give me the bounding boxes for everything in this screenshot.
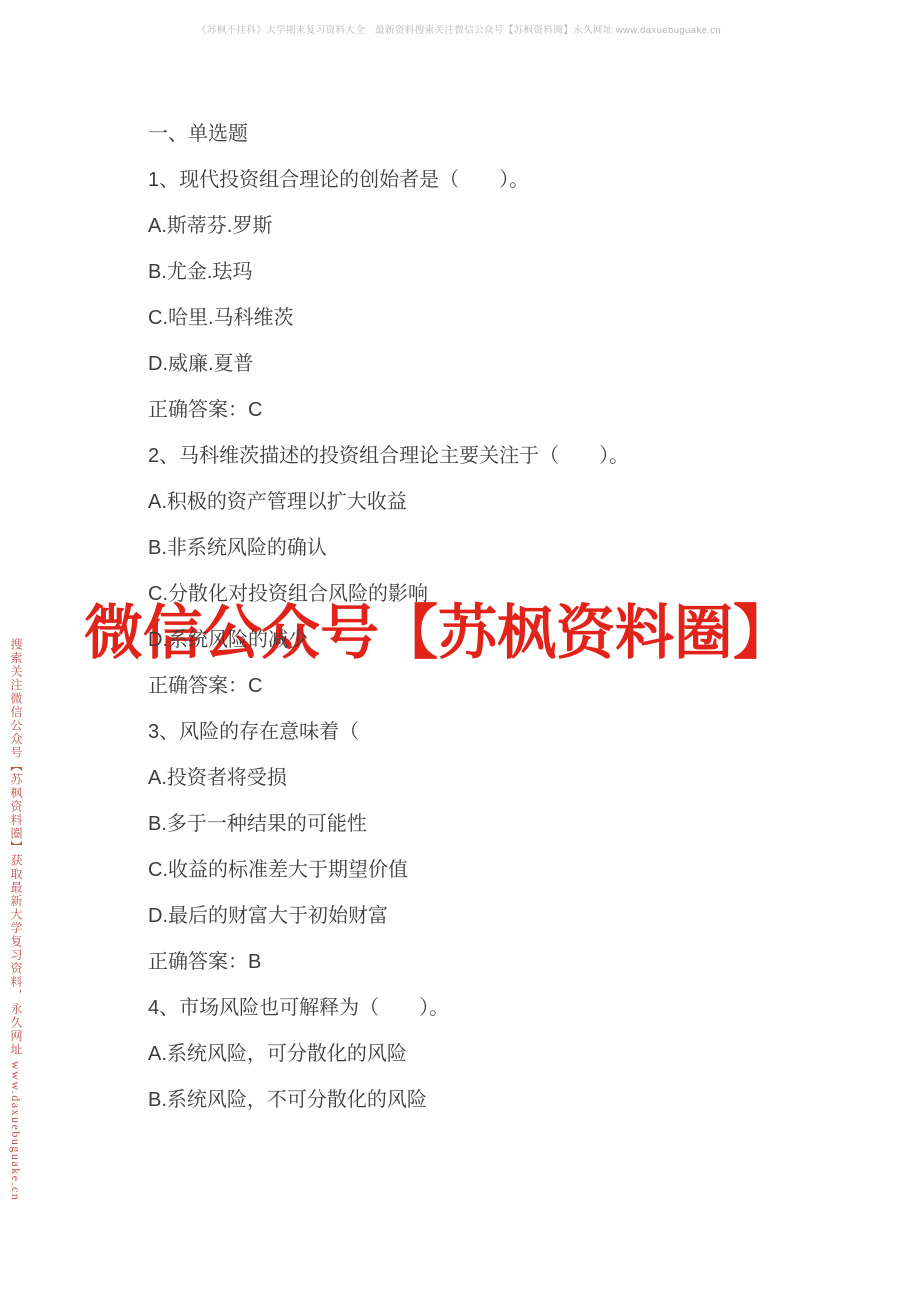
question-stem: 2、马科维茨描述的投资组合理论主要关注于（ ）。 [148,444,858,468]
answer-line: 正确答案：C [148,674,858,698]
question-option: C.分散化对投资组合风险的影响 [148,582,858,606]
question-option: C.收益的标准差大于期望价值 [148,858,858,882]
question-stem: 1、现代投资组合理论的创始者是（ ）。 [148,168,858,192]
question-option: D.威廉.夏普 [148,352,858,376]
question-stem: 4、市场风险也可解释为（ ）。 [148,996,858,1020]
question-option: B.非系统风险的确认 [148,536,858,560]
question-option: C.哈里.马科维茨 [148,306,858,330]
document-body: 一、单选题1、现代投资组合理论的创始者是（ ）。A.斯蒂芬.罗斯B.尤金.珐玛C… [148,116,858,1134]
answer-line: 正确答案：B [148,950,858,974]
question-option: B.尤金.珐玛 [148,260,858,284]
question-option: D.系统风险的减少 [148,628,858,652]
document-page: 《苏枫不挂科》大学期末复习资料大全 最新资料搜索关注微信公众号【苏枫资料圈】永久… [0,0,918,1298]
answer-line: 正确答案：C [148,398,858,422]
section-title: 一、单选题 [148,122,858,146]
question-option: A.投资者将受损 [148,766,858,790]
question-stem: 3、风险的存在意味着（ [148,720,858,744]
question-option: B.多于一种结果的可能性 [148,812,858,836]
red-watermark-vertical: 搜索关注微信公众号【苏枫资料圈】获取最新大学复习资料，永久网址 www.daxu… [8,638,25,1201]
question-option: D.最后的财富大于初始财富 [148,904,858,928]
question-option: B.系统风险，不可分散化的风险 [148,1088,858,1112]
question-option: A.系统风险，可分散化的风险 [148,1042,858,1066]
page-header-text: 《苏枫不挂科》大学期末复习资料大全 最新资料搜索关注微信公众号【苏枫资料圈】永久… [0,22,918,36]
question-option: A.斯蒂芬.罗斯 [148,214,858,238]
question-option: A.积极的资产管理以扩大收益 [148,490,858,514]
